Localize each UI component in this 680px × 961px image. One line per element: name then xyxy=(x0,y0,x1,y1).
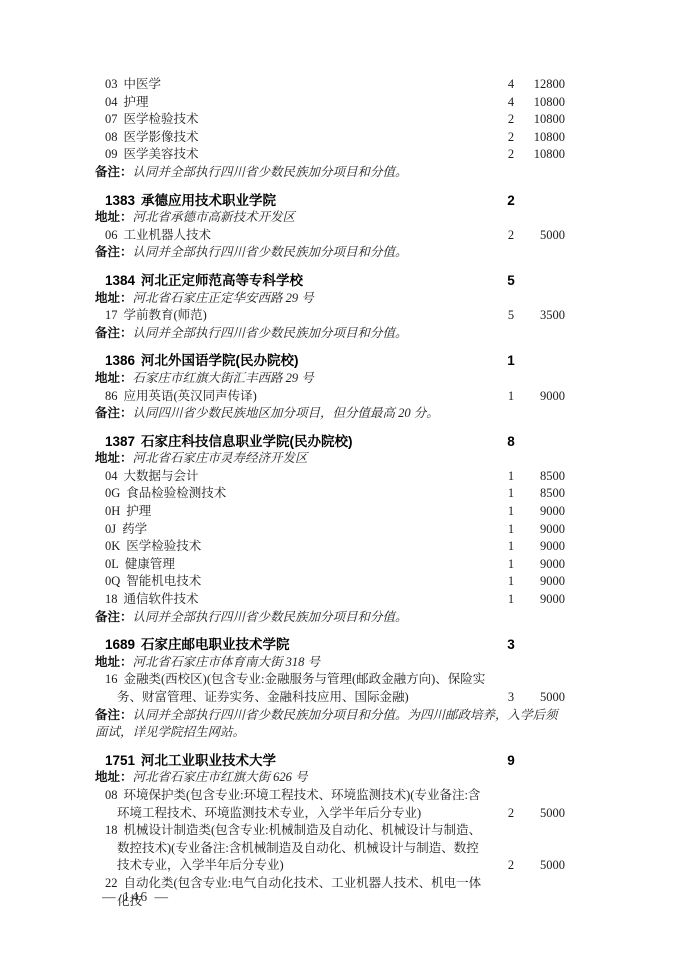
school-total-count: 2 xyxy=(491,192,531,210)
major-code: 16 xyxy=(105,672,118,686)
major-name: 医学影像技术 xyxy=(124,130,199,144)
major-fee: 9000 xyxy=(531,503,565,521)
major-text: 04护理 xyxy=(95,94,491,112)
major-count: 2 xyxy=(491,805,531,823)
school-section: 1387石家庄科技信息职业学院(民办院校)8地址：河北省石家庄市灵寿经济开发区0… xyxy=(95,433,565,627)
school-code: 1384 xyxy=(105,273,135,288)
major-name: 工业机器人技术 xyxy=(124,228,212,242)
major-count: 1 xyxy=(491,503,531,521)
major-row: 04大数据与会计18500 xyxy=(95,468,565,486)
address-row: 地址：河北省石家庄市红旗大街 626 号 xyxy=(95,769,565,787)
major-row: 08医学影像技术210800 xyxy=(95,129,565,147)
remark-row: 备注：认同并全部执行四川省少数民族加分项目和分值。 xyxy=(95,325,565,343)
major-name: 机械设计制造类(包含专业:机械制造及自动化、机械设计与制造、数控技术)(专业备注… xyxy=(117,823,481,872)
remark-label: 备注： xyxy=(95,326,133,340)
school-total-count: 1 xyxy=(491,352,531,370)
remark-text: 认同并全部执行四川省少数民族加分项目和分值。 xyxy=(133,165,408,179)
major-text: 07医学检验技术 xyxy=(95,111,491,129)
remark-text: 认同并全部执行四川省少数民族加分项目和分值。 xyxy=(133,326,408,340)
major-code: 0L xyxy=(105,557,119,571)
address-label: 地址： xyxy=(95,291,133,305)
school-code: 1689 xyxy=(105,637,135,652)
address-text: 河北省石家庄市红旗大街 626 号 xyxy=(133,770,308,784)
major-fee: 9000 xyxy=(531,573,565,591)
major-count: 2 xyxy=(491,111,531,129)
major-code: 17 xyxy=(105,308,118,322)
major-text: 0G食品检验检测技术 xyxy=(95,485,491,503)
major-fee: 12800 xyxy=(531,76,565,94)
school-header-row: 1384河北正定师范高等专科学校5 xyxy=(95,272,565,290)
school-name: 石家庄科技信息职业学院(民办院校) xyxy=(141,434,353,449)
address-row: 地址：石家庄市红旗大街汇丰西路 29 号 xyxy=(95,370,565,388)
major-text: 04大数据与会计 xyxy=(95,468,491,486)
major-fee: 10800 xyxy=(531,129,565,147)
major-code: 22 xyxy=(105,876,118,890)
major-count: 2 xyxy=(491,857,531,875)
major-count: 1 xyxy=(491,468,531,486)
school-header: 1751河北工业职业技术大学 xyxy=(95,752,491,770)
major-fee: 9000 xyxy=(531,538,565,556)
school-header: 1384河北正定师范高等专科学校 xyxy=(95,272,491,290)
major-fee: 10800 xyxy=(531,94,565,112)
school-section: 1384河北正定师范高等专科学校5地址：河北省石家庄正定华安西路 29 号17学… xyxy=(95,272,565,342)
address-label: 地址： xyxy=(95,770,133,784)
major-code: 0G xyxy=(105,486,120,500)
school-section: 1383承德应用技术职业学院2地址：河北省承德市高新技术开发区06工业机器人技术… xyxy=(95,192,565,262)
major-fee: 8500 xyxy=(531,485,565,503)
address-label: 地址： xyxy=(95,655,133,669)
major-fee: 8500 xyxy=(531,468,565,486)
major-fee: 5000 xyxy=(531,227,565,245)
remark-text: 认同并全部执行四川省少数民族加分项目和分值。 xyxy=(133,610,408,624)
major-text: 16金融类(西校区)(包含专业:金融服务与管理(邮政金融方向)、保险实务、财富管… xyxy=(95,671,491,706)
major-row: 07医学检验技术210800 xyxy=(95,111,565,129)
major-count: 1 xyxy=(491,573,531,591)
major-text: 08医学影像技术 xyxy=(95,129,491,147)
major-name: 护理 xyxy=(126,504,151,518)
major-code: 0J xyxy=(105,522,116,536)
major-code: 86 xyxy=(105,389,118,403)
major-name: 健康管理 xyxy=(125,557,175,571)
major-row: 03中医学412800 xyxy=(95,76,565,94)
school-name: 石家庄邮电职业技术学院 xyxy=(141,637,290,652)
school-header-row: 1689石家庄邮电职业技术学院3 xyxy=(95,636,565,654)
major-count: 1 xyxy=(491,591,531,609)
major-code: 0K xyxy=(105,539,120,553)
remark-label: 备注： xyxy=(95,708,133,722)
major-fee: 9000 xyxy=(531,388,565,406)
major-row: 0G食品检验检测技术18500 xyxy=(95,485,565,503)
major-text: 0J药学 xyxy=(95,521,491,539)
major-row: 06工业机器人技术25000 xyxy=(95,227,565,245)
address-row: 地址：河北省承德市高新技术开发区 xyxy=(95,209,565,227)
major-code: 03 xyxy=(105,77,118,91)
remark-text: 认同并全部执行四川省少数民族加分项目和分值。 xyxy=(133,245,408,259)
school-section: 1386河北外国语学院(民办院校)1地址：石家庄市红旗大街汇丰西路 29 号86… xyxy=(95,352,565,422)
major-fee: 5000 xyxy=(531,805,565,823)
school-name: 承德应用技术职业学院 xyxy=(141,193,276,208)
major-fee: 9000 xyxy=(531,556,565,574)
major-row: 09医学美容技术210800 xyxy=(95,146,565,164)
address-row: 地址：河北省石家庄市灵寿经济开发区 xyxy=(95,450,565,468)
major-fee: 3500 xyxy=(531,307,565,325)
major-count: 4 xyxy=(491,76,531,94)
remark-row: 备注：认同四川省少数民族地区加分项目，但分值最高 20 分。 xyxy=(95,405,565,423)
major-code: 0Q xyxy=(105,574,120,588)
school-name: 河北外国语学院(民办院校) xyxy=(141,353,299,368)
school-total-count: 5 xyxy=(491,272,531,290)
major-text: 09医学美容技术 xyxy=(95,146,491,164)
school-name: 河北正定师范高等专科学校 xyxy=(141,273,303,288)
remark-text: 认同并全部执行四川省少数民族加分项目和分值。为四川邮政培养，入学后须面试，详见学… xyxy=(95,708,558,740)
school-name: 河北工业职业技术大学 xyxy=(141,753,276,768)
major-code: 09 xyxy=(105,147,118,161)
major-count: 2 xyxy=(491,146,531,164)
major-text: 17学前教育(师范) xyxy=(95,307,491,325)
major-row: 18通信软件技术19000 xyxy=(95,591,565,609)
address-text: 河北省石家庄正定华安西路 29 号 xyxy=(133,291,314,305)
major-row: 86应用英语(英汉同声传译)19000 xyxy=(95,388,565,406)
major-text: 06工业机器人技术 xyxy=(95,227,491,245)
major-name: 中医学 xyxy=(124,77,162,91)
major-code: 0H xyxy=(105,504,120,518)
major-code: 06 xyxy=(105,228,118,242)
address-text: 河北省石家庄市灵寿经济开发区 xyxy=(133,451,308,465)
school-header-row: 1383承德应用技术职业学院2 xyxy=(95,192,565,210)
major-text: 18通信软件技术 xyxy=(95,591,491,609)
major-name: 大数据与会计 xyxy=(124,469,199,483)
major-row: 0L健康管理19000 xyxy=(95,556,565,574)
major-fee: 10800 xyxy=(531,111,565,129)
remark-label: 备注： xyxy=(95,245,133,259)
major-fee: 5000 xyxy=(531,857,565,875)
major-row: 18机械设计制造类(包含专业:机械制造及自动化、机械设计与制造、数控技术)(专业… xyxy=(95,822,565,875)
address-label: 地址： xyxy=(95,371,133,385)
major-count: 2 xyxy=(491,227,531,245)
remark-row: 备注：认同并全部执行四川省少数民族加分项目和分值。为四川邮政培养，入学后须面试，… xyxy=(95,707,565,742)
major-text: 0Q智能机电技术 xyxy=(95,573,491,591)
school-header-row: 1387石家庄科技信息职业学院(民办院校)8 xyxy=(95,433,565,451)
address-text: 河北省石家庄市体育南大街 318 号 xyxy=(133,655,321,669)
major-row: 04护理410800 xyxy=(95,94,565,112)
major-name: 金融类(西校区)(包含专业:金融服务与管理(邮政金融方向)、保险实务、财富管理、… xyxy=(117,672,485,704)
major-row: 0Q智能机电技术19000 xyxy=(95,573,565,591)
major-name: 医学检验技术 xyxy=(126,539,201,553)
major-code: 07 xyxy=(105,112,118,126)
major-text: 03中医学 xyxy=(95,76,491,94)
school-total-count: 9 xyxy=(491,752,531,770)
major-text: 0H护理 xyxy=(95,503,491,521)
major-code: 08 xyxy=(105,788,118,802)
school-code: 1383 xyxy=(105,193,135,208)
school-code: 1751 xyxy=(105,753,135,768)
major-count: 1 xyxy=(491,538,531,556)
remark-label: 备注： xyxy=(95,406,133,420)
remark-row: 备注：认同并全部执行四川省少数民族加分项目和分值。 xyxy=(95,244,565,262)
school-total-count: 3 xyxy=(491,636,531,654)
major-count: 1 xyxy=(491,388,531,406)
major-row: 0K医学检验技术19000 xyxy=(95,538,565,556)
remark-row: 备注：认同并全部执行四川省少数民族加分项目和分值。 xyxy=(95,164,565,182)
school-header-row: 1386河北外国语学院(民办院校)1 xyxy=(95,352,565,370)
major-name: 护理 xyxy=(124,95,149,109)
major-text: 0K医学检验技术 xyxy=(95,538,491,556)
major-count: 1 xyxy=(491,485,531,503)
major-code: 08 xyxy=(105,130,118,144)
school-header: 1387石家庄科技信息职业学院(民办院校) xyxy=(95,433,491,451)
school-section: 03中医学41280004护理41080007医学检验技术21080008医学影… xyxy=(95,76,565,182)
major-name: 通信软件技术 xyxy=(124,592,199,606)
major-count: 5 xyxy=(491,307,531,325)
address-text: 石家庄市红旗大街汇丰西路 29 号 xyxy=(133,371,314,385)
major-name: 智能机电技术 xyxy=(126,574,201,588)
school-total-count: 8 xyxy=(491,433,531,451)
address-row: 地址：河北省石家庄市体育南大街 318 号 xyxy=(95,654,565,672)
school-code: 1387 xyxy=(105,434,135,449)
major-text: 18机械设计制造类(包含专业:机械制造及自动化、机械设计与制造、数控技术)(专业… xyxy=(95,822,491,875)
remark-label: 备注： xyxy=(95,165,133,179)
major-text: 86应用英语(英汉同声传译) xyxy=(95,388,491,406)
major-count: 3 xyxy=(491,689,531,707)
major-name: 医学检验技术 xyxy=(124,112,199,126)
major-code: 18 xyxy=(105,823,118,837)
major-count: 1 xyxy=(491,521,531,539)
major-fee: 9000 xyxy=(531,591,565,609)
major-count: 2 xyxy=(491,129,531,147)
major-name: 应用英语(英汉同声传译) xyxy=(124,389,257,403)
school-header: 1689石家庄邮电职业技术学院 xyxy=(95,636,491,654)
major-name: 食品检验检测技术 xyxy=(126,486,226,500)
remark-row: 备注：认同并全部执行四川省少数民族加分项目和分值。 xyxy=(95,609,565,627)
major-fee: 10800 xyxy=(531,146,565,164)
school-section: 1689石家庄邮电职业技术学院3地址：河北省石家庄市体育南大街 318 号16金… xyxy=(95,636,565,742)
major-count: 4 xyxy=(491,94,531,112)
remark-text: 认同四川省少数民族地区加分项目，但分值最高 20 分。 xyxy=(133,406,439,420)
address-row: 地址：河北省石家庄正定华安西路 29 号 xyxy=(95,290,565,308)
major-name: 自动化类(包含专业:电气自动化技术、工业机器人技术、机电一体化技 xyxy=(117,876,481,908)
school-code: 1386 xyxy=(105,353,135,368)
major-row: 17学前教育(师范)53500 xyxy=(95,307,565,325)
major-name: 药学 xyxy=(122,522,147,536)
major-text: 0L健康管理 xyxy=(95,556,491,574)
address-text: 河北省承德市高新技术开发区 xyxy=(133,210,296,224)
major-row: 16金融类(西校区)(包含专业:金融服务与管理(邮政金融方向)、保险实务、财富管… xyxy=(95,671,565,706)
school-header: 1383承德应用技术职业学院 xyxy=(95,192,491,210)
major-fee: 5000 xyxy=(531,689,565,707)
major-code: 04 xyxy=(105,95,118,109)
major-row: 0H护理19000 xyxy=(95,503,565,521)
school-header: 1386河北外国语学院(民办院校) xyxy=(95,352,491,370)
major-count: 1 xyxy=(491,556,531,574)
address-label: 地址： xyxy=(95,451,133,465)
major-name: 环境保护类(包含专业:环境工程技术、环境监测技术)(专业备注:含环境工程技术、环… xyxy=(117,788,480,820)
address-label: 地址： xyxy=(95,210,133,224)
major-name: 学前教育(师范) xyxy=(124,308,207,322)
major-text: 08环境保护类(包含专业:环境工程技术、环境监测技术)(专业备注:含环境工程技术… xyxy=(95,787,491,822)
major-code: 04 xyxy=(105,469,118,483)
major-row: 08环境保护类(包含专业:环境工程技术、环境监测技术)(专业备注:含环境工程技术… xyxy=(95,787,565,822)
page-number: — 146 — xyxy=(102,889,170,905)
major-row: 0J药学19000 xyxy=(95,521,565,539)
school-header-row: 1751河北工业职业技术大学9 xyxy=(95,752,565,770)
major-name: 医学美容技术 xyxy=(124,147,199,161)
remark-label: 备注： xyxy=(95,610,133,624)
major-code: 18 xyxy=(105,592,118,606)
major-fee: 9000 xyxy=(531,521,565,539)
school-section: 1751河北工业职业技术大学9地址：河北省石家庄市红旗大街 626 号08环境保… xyxy=(95,752,565,910)
document-content: 03中医学41280004护理41080007医学检验技术21080008医学影… xyxy=(95,76,565,910)
